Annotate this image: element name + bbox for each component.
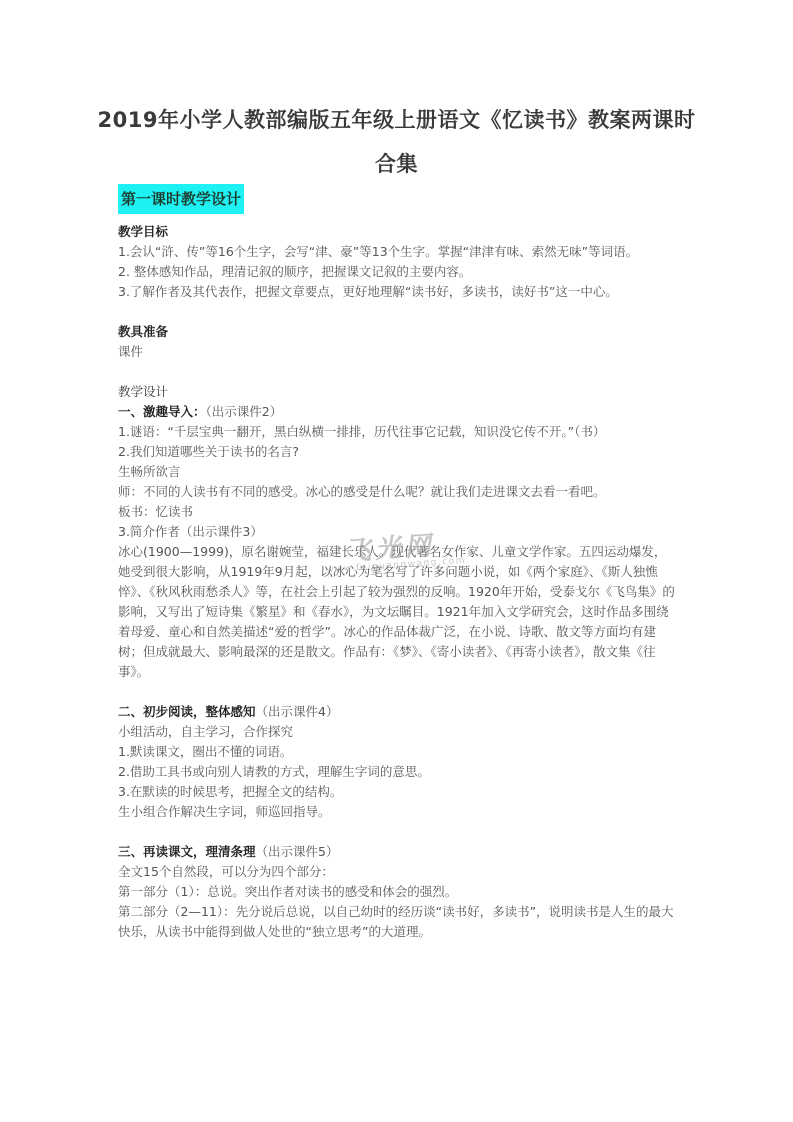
goal-item: 3.了解作者及其代表作，把握文章要点，更好地理解“读书好，多读书，读好书”这一中… bbox=[118, 282, 678, 302]
part2-heading: 二、初步阅读，整体感知 bbox=[118, 704, 256, 719]
goal-item: 1.会认“浒、传”等16个生字，会写“津、豪”等13个生字。掌握“津津有味、索然… bbox=[118, 242, 678, 262]
part2-line: 2.借助工具书或向别人请教的方式，理解生字词的意思。 bbox=[118, 762, 678, 782]
part1-heading-row: 一、激趣导入：（出示课件2） bbox=[118, 402, 678, 422]
part1-heading: 一、激趣导入： bbox=[118, 404, 206, 419]
part3-heading-row: 三、再读课文，理清条理（出示课件5） bbox=[118, 842, 678, 862]
part2-line: 小组活动，自主学习，合作探究 bbox=[118, 722, 678, 742]
part2-line: 1.默读课文，圈出不懂的词语。 bbox=[118, 742, 678, 762]
part2-line: 生小组合作解决生字词，师巡回指导。 bbox=[118, 802, 678, 822]
document-title-line1: 2019年小学人教部编版五年级上册语文《忆读书》教案两课时 bbox=[60, 104, 733, 134]
part3-line: 第一部分（1）：总说。突出作者对读书的感受和体会的强烈。 bbox=[118, 882, 678, 902]
part2-line: 3.在默读的时候思考，把握全文的结构。 bbox=[118, 782, 678, 802]
prep-text: 课件 bbox=[118, 342, 678, 362]
design-heading: 教学设计 bbox=[118, 382, 678, 402]
goal-item: 2. 整体感知作品，理清记叙的顺序，把握课文记叙的主要内容。 bbox=[118, 262, 678, 282]
goals-heading: 教学目标 bbox=[118, 222, 678, 242]
part2-heading-row: 二、初步阅读，整体感知（出示课件4） bbox=[118, 702, 678, 722]
document-body: 教学目标 1.会认“浒、传”等16个生字，会写“津、豪”等13个生字。掌握“津津… bbox=[118, 222, 678, 942]
part1-line: 1.谜语：“千层宝典一翻开，黑白纵横一排排，历代往事它记载，知识没它传不开。”（… bbox=[118, 422, 678, 442]
document-page: 2019年小学人教部编版五年级上册语文《忆读书》教案两课时 合集 第一课时教学设… bbox=[0, 0, 793, 1122]
part3-heading: 三、再读课文，理清条理 bbox=[118, 844, 256, 859]
part1-line: 生畅所欲言 bbox=[118, 462, 678, 482]
highlighted-lesson-heading: 第一课时教学设计 bbox=[118, 184, 244, 214]
watermark-logo: 飞光网 www.feiguangwang.com bbox=[324, 524, 457, 578]
part1-line: 师：不同的人读书有不同的感受。冰心的感受是什么呢？就让我们走进课文去看一看吧。 bbox=[118, 482, 678, 502]
prep-heading: 教具准备 bbox=[118, 322, 678, 342]
part1-line: 板书：忆读书 bbox=[118, 502, 678, 522]
part3-note: （出示课件5） bbox=[256, 844, 339, 859]
part2-note: （出示课件4） bbox=[256, 704, 339, 719]
document-title-line2: 合集 bbox=[60, 148, 733, 178]
part3-line: 第二部分（2—11）：先分说后总说，以自己幼时的经历谈“读书好，多读书”，说明读… bbox=[118, 902, 678, 942]
part1-line: 2.我们知道哪些关于读书的名言? bbox=[118, 442, 678, 462]
part3-line: 全文15个自然段，可以分为四个部分： bbox=[118, 862, 678, 882]
part1-note: （出示课件2） bbox=[206, 404, 283, 419]
